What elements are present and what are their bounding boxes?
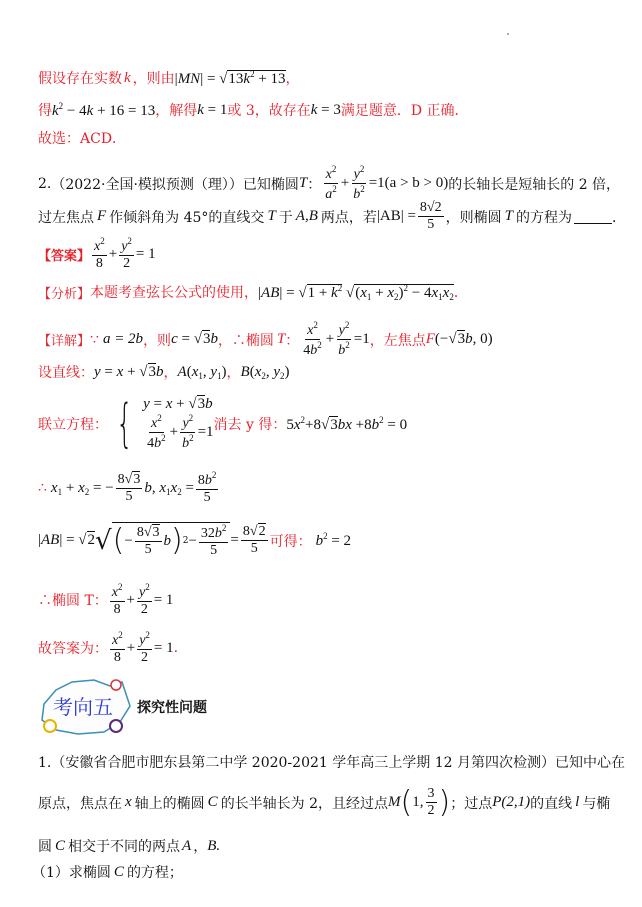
point-B: B(x2, y2) [241, 364, 290, 381]
text: ，解得 [155, 100, 197, 120]
point-A: A [182, 838, 191, 855]
text: 作倾斜角为 45°的直线交 [109, 207, 264, 227]
set-line: 设直线： y = x + √3b ， A(x1, y1) ， B(x2, y2) [38, 362, 290, 382]
brace: { [116, 398, 133, 450]
point-A: A(x1, y1) [178, 364, 227, 381]
text: ，则由 [133, 68, 175, 88]
problem1-line-3: 圆 C 相交于不同的两点 A ， B. [38, 836, 220, 856]
point-B: B. [207, 838, 220, 855]
text: （1）求椭圆 [32, 862, 111, 882]
text: ，则椭圆 [446, 207, 502, 227]
text: 过左焦点 [38, 207, 94, 227]
problem1-question-1: （1）求椭圆 C 的方程； [32, 862, 183, 882]
var-C: C [208, 794, 218, 811]
text: 两点，若 [321, 207, 377, 227]
detail-label: 【详解】 [38, 330, 90, 349]
text: 相交于不同的两点 [68, 836, 180, 856]
frac-x2-a2: x2a2 [323, 164, 339, 203]
c-eq: c = √3b [171, 331, 218, 348]
section-badge: 考向五 [38, 676, 133, 738]
text: 轴上的椭圆 [135, 793, 205, 813]
system-label: 联立方程： [38, 414, 108, 434]
k3: k = 3 [311, 102, 341, 119]
var-T: T [277, 331, 285, 348]
text: ，∴椭圆 [218, 330, 274, 350]
point-P: P(2,1) [492, 794, 530, 811]
frac-y2-b2: y2b2 [351, 164, 367, 203]
var-F: F [97, 208, 106, 225]
system-line: 联立方程： { y = x + √3b x24b2 + y2b2 =1 消去 y… [38, 396, 407, 452]
text: ， [286, 68, 300, 88]
text: 满足题意．D 正确． [341, 100, 469, 120]
final-label: 故答案为： [38, 638, 108, 658]
text: ，则 [143, 330, 171, 350]
chord-formula: |AB| = √1 + k2 √(x1 + x2)2 − 4x1x2 [258, 283, 454, 302]
var-l: l [575, 794, 579, 811]
m-x: 1, [412, 794, 423, 811]
problem2-line-1: 2. （2022·全国·模拟预测（理））已知椭圆 T ： x2a2 + y2b2… [38, 164, 620, 203]
text: ． [454, 282, 468, 302]
problem1-line-2: 原点，焦点在 x 轴上的椭圆 C 的长半轴长为 2，且经过点 M ( 1, 32… [38, 786, 610, 819]
text: 的方程； [127, 862, 183, 882]
problem1-line-1: 1.（安徽省合肥市肥东县第二中学 2020-2021 学年高三上学期 12 月第… [38, 752, 625, 772]
var-T: T [299, 175, 307, 192]
text: 的长半轴长为 2，且经过点 [221, 793, 388, 813]
analysis-text: 本题考查弦长公式的使用， [90, 282, 258, 302]
problem1-text: 1.（安徽省合肥市肥东县第二中学 2020-2021 学年高三上学期 12 月第… [38, 752, 625, 772]
text: 或 3，故存在 [227, 100, 310, 120]
text: 原点，焦点在 [38, 793, 122, 813]
continuation-line-1: 假设存在实数 k ，则由 |MN| = √13k2 + 13 ， [38, 68, 300, 88]
section-title: 探究性问题 [137, 697, 207, 717]
answer-line: 【答案】 x28 + y22 = 1 [38, 236, 156, 272]
ellipse-label: ∴椭圆 T： [38, 590, 108, 610]
vieta-line: ∴ x1 + x2 = − 8√35 b, x1x2 = 8b25 [38, 470, 220, 506]
text: 的直线 [530, 793, 572, 813]
frac-x2-4b2: x24b2 [301, 320, 324, 359]
point-M: M [388, 794, 401, 811]
problem-source: （2022·全国·模拟预测（理））已知椭圆 [51, 174, 299, 194]
continuation-line-2: 得 k2 − 4k + 16 = 13 ，解得 k = 1 或 3，故存在 k … [38, 100, 469, 120]
choice-answer: 故选：ACD． [38, 128, 126, 148]
text: 圆 [38, 836, 52, 856]
equation: k2 − 4k + 16 = 13 [52, 101, 155, 120]
var-k: k [124, 70, 131, 87]
a-eq: a = 2b [103, 331, 143, 348]
text: ， [193, 836, 207, 856]
ab-abs: |AB| = [377, 208, 416, 225]
var-C: C [55, 838, 65, 855]
ellipse-result-line: ∴椭圆 T： x28 + y22 = 1 [38, 582, 173, 618]
var-T: T [505, 208, 513, 225]
text: 得 [38, 100, 52, 120]
quadratic: 5x2+8√3bx +8b2 = 0 [286, 415, 407, 434]
stray-dot [507, 33, 509, 35]
detail-line: 【详解】 ∵ a = 2b ，则 c = √3b ，∴椭圆 T ： x24b2 … [38, 320, 493, 359]
analysis-line: 【分析】 本题考查弦长公式的使用， |AB| = √1 + k2 √(x1 + … [38, 282, 468, 302]
text: ： [307, 174, 321, 194]
var-C: C [114, 864, 124, 881]
points-AB: A,B [296, 208, 318, 225]
analysis-label: 【分析】 [38, 283, 90, 302]
because-symbol: ∵ [90, 332, 99, 348]
text: ． [612, 207, 626, 227]
text: 的长轴长是短轴长的 2 倍， [448, 174, 620, 194]
text: 的方程为 [516, 207, 572, 227]
final-answer-line: 故答案为： x28 + y22 = 1. [38, 630, 178, 666]
condition: (a > b > 0) [385, 175, 449, 192]
answer-label: 【答案】 [38, 245, 90, 264]
set-line-label: 设直线： [38, 362, 94, 382]
frac-x2-8: x28 [92, 236, 107, 272]
svg-text:考向五: 考向五 [53, 695, 113, 719]
line-eq: y = x + √3b [94, 364, 164, 381]
text: 与椭 [582, 793, 610, 813]
equation-system: y = x + √3b x24b2 + y2b2 =1 [143, 396, 213, 452]
ab-calc-line: |AB| = √2 √ (− 8√35 b)2 − 32b25 = 8√25 可… [38, 522, 351, 559]
eliminate-label: 消去 y 得： [214, 414, 287, 434]
text: 假设存在实数 [38, 68, 122, 88]
text: ；过点 [450, 793, 492, 813]
frac-ab-value: 8√25 [418, 200, 444, 233]
answer-blank [574, 209, 612, 224]
obtain-label: 可得： [270, 531, 312, 551]
var-T: T [267, 208, 275, 225]
solution: k = 1 [197, 102, 227, 119]
mn-formula: |MN| = √13k2 + 13 [175, 69, 286, 88]
problem-number: 2. [38, 176, 51, 192]
frac-y2-2: y22 [119, 236, 134, 272]
var-x: x [125, 794, 132, 811]
text: ，左焦点 [370, 330, 426, 350]
frac-y2-b2: y2b2 [336, 320, 352, 359]
continuation-line-3: 故选：ACD． [38, 128, 126, 148]
problem2-line-2: 过左焦点 F 作倾斜角为 45°的直线交 T 于 A,B 两点，若 |AB| =… [38, 200, 626, 233]
focus-point: F(−√3b, 0) [426, 331, 493, 348]
text: 于 [279, 207, 293, 227]
